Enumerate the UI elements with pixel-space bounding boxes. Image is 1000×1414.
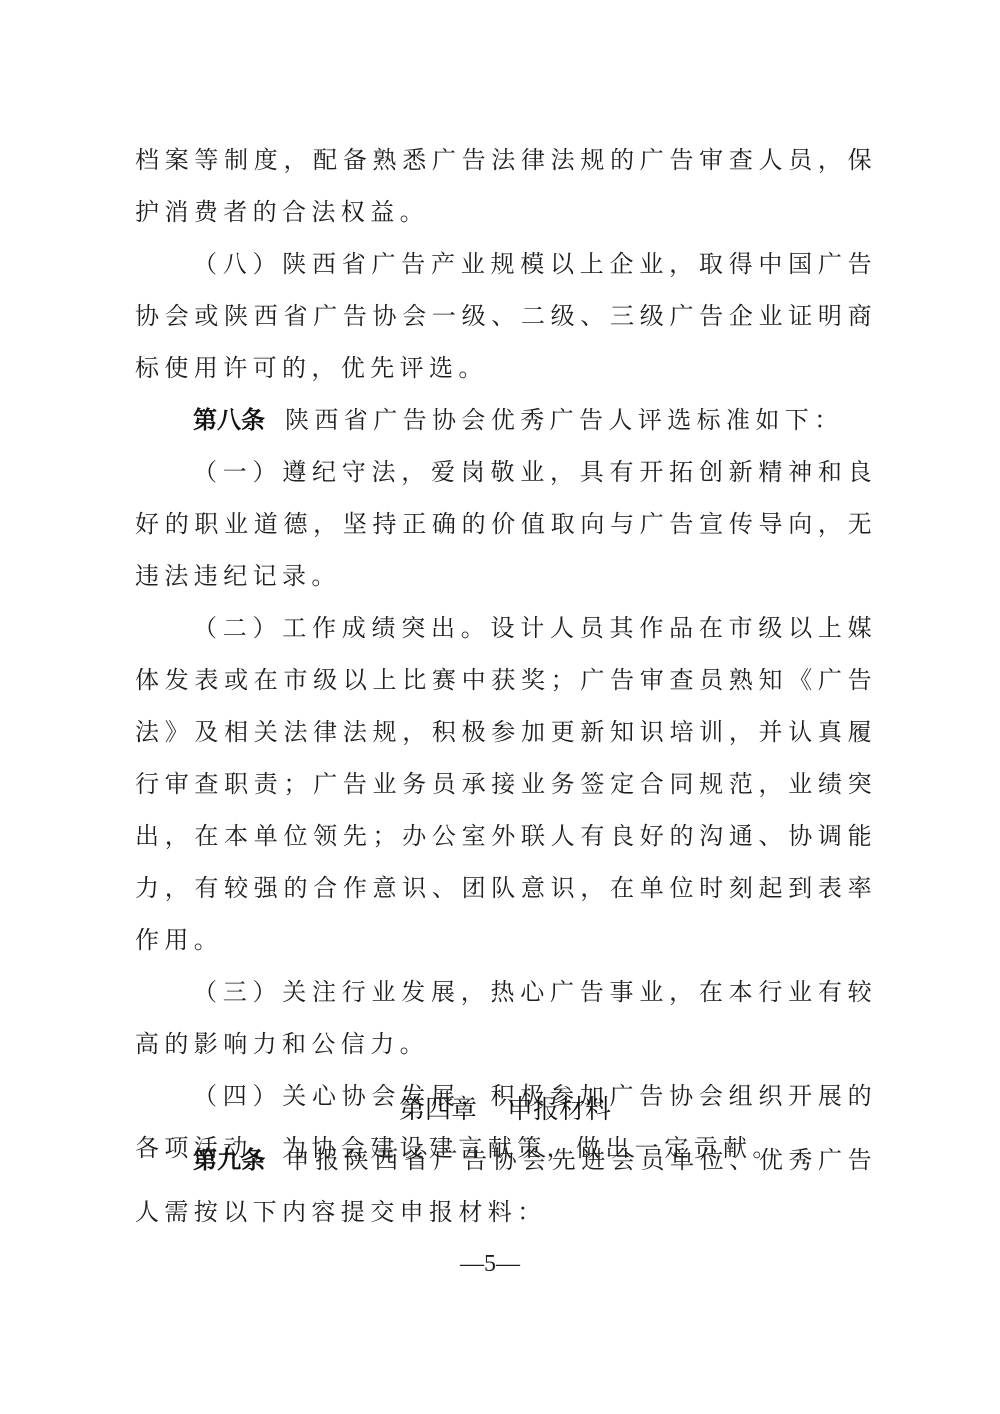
article-8-item-2: （二）工作成绩突出。设计人员其作品在市级以上媒体发表或在市级以上比赛中获奖；广告… [135,602,877,966]
page-number: —5— [0,1248,980,1280]
article-8-item-3: （三）关注行业发展，热心广告事业，在本行业有较高的影响力和公信力。 [135,966,877,1070]
document-page: 档案等制度，配备熟悉广告法律法规的广告审查人员，保护消费者的合法权益。 （八）陕… [0,0,1000,1414]
document-body-continued: 第九条申报陕西省广告协会先进会员单位、优秀广告人需按以下内容提交申报材料： [135,1134,877,1238]
chapter-heading: 第四章申报材料 [0,1090,1000,1130]
article-8-item-1: （一）遵纪守法，爱岗敬业，具有开拓创新精神和良好的职业道德，坚持正确的价值取向与… [135,446,877,602]
article-9-label: 第九条 [193,1146,266,1174]
document-body: 档案等制度，配备熟悉广告法律法规的广告审查人员，保护消费者的合法权益。 （八）陕… [135,134,877,1174]
paragraph-item-8: （八）陕西省广告产业规模以上企业，取得中国广告协会或陕西省广告协会一级、二级、三… [135,238,877,394]
paragraph-continued: 档案等制度，配备熟悉广告法律法规的广告审查人员，保护消费者的合法权益。 [135,134,877,238]
chapter-title: 申报材料 [507,1095,611,1125]
article-8-label: 第八条 [193,406,265,434]
article-9: 第九条申报陕西省广告协会先进会员单位、优秀广告人需按以下内容提交申报材料： [135,1134,877,1238]
article-8: 第八条陕西省广告协会优秀广告人评选标准如下： [135,394,877,446]
article-8-text: 陕西省广告协会优秀广告人评选标准如下： [285,406,844,434]
chapter-number: 第四章 [399,1095,477,1125]
